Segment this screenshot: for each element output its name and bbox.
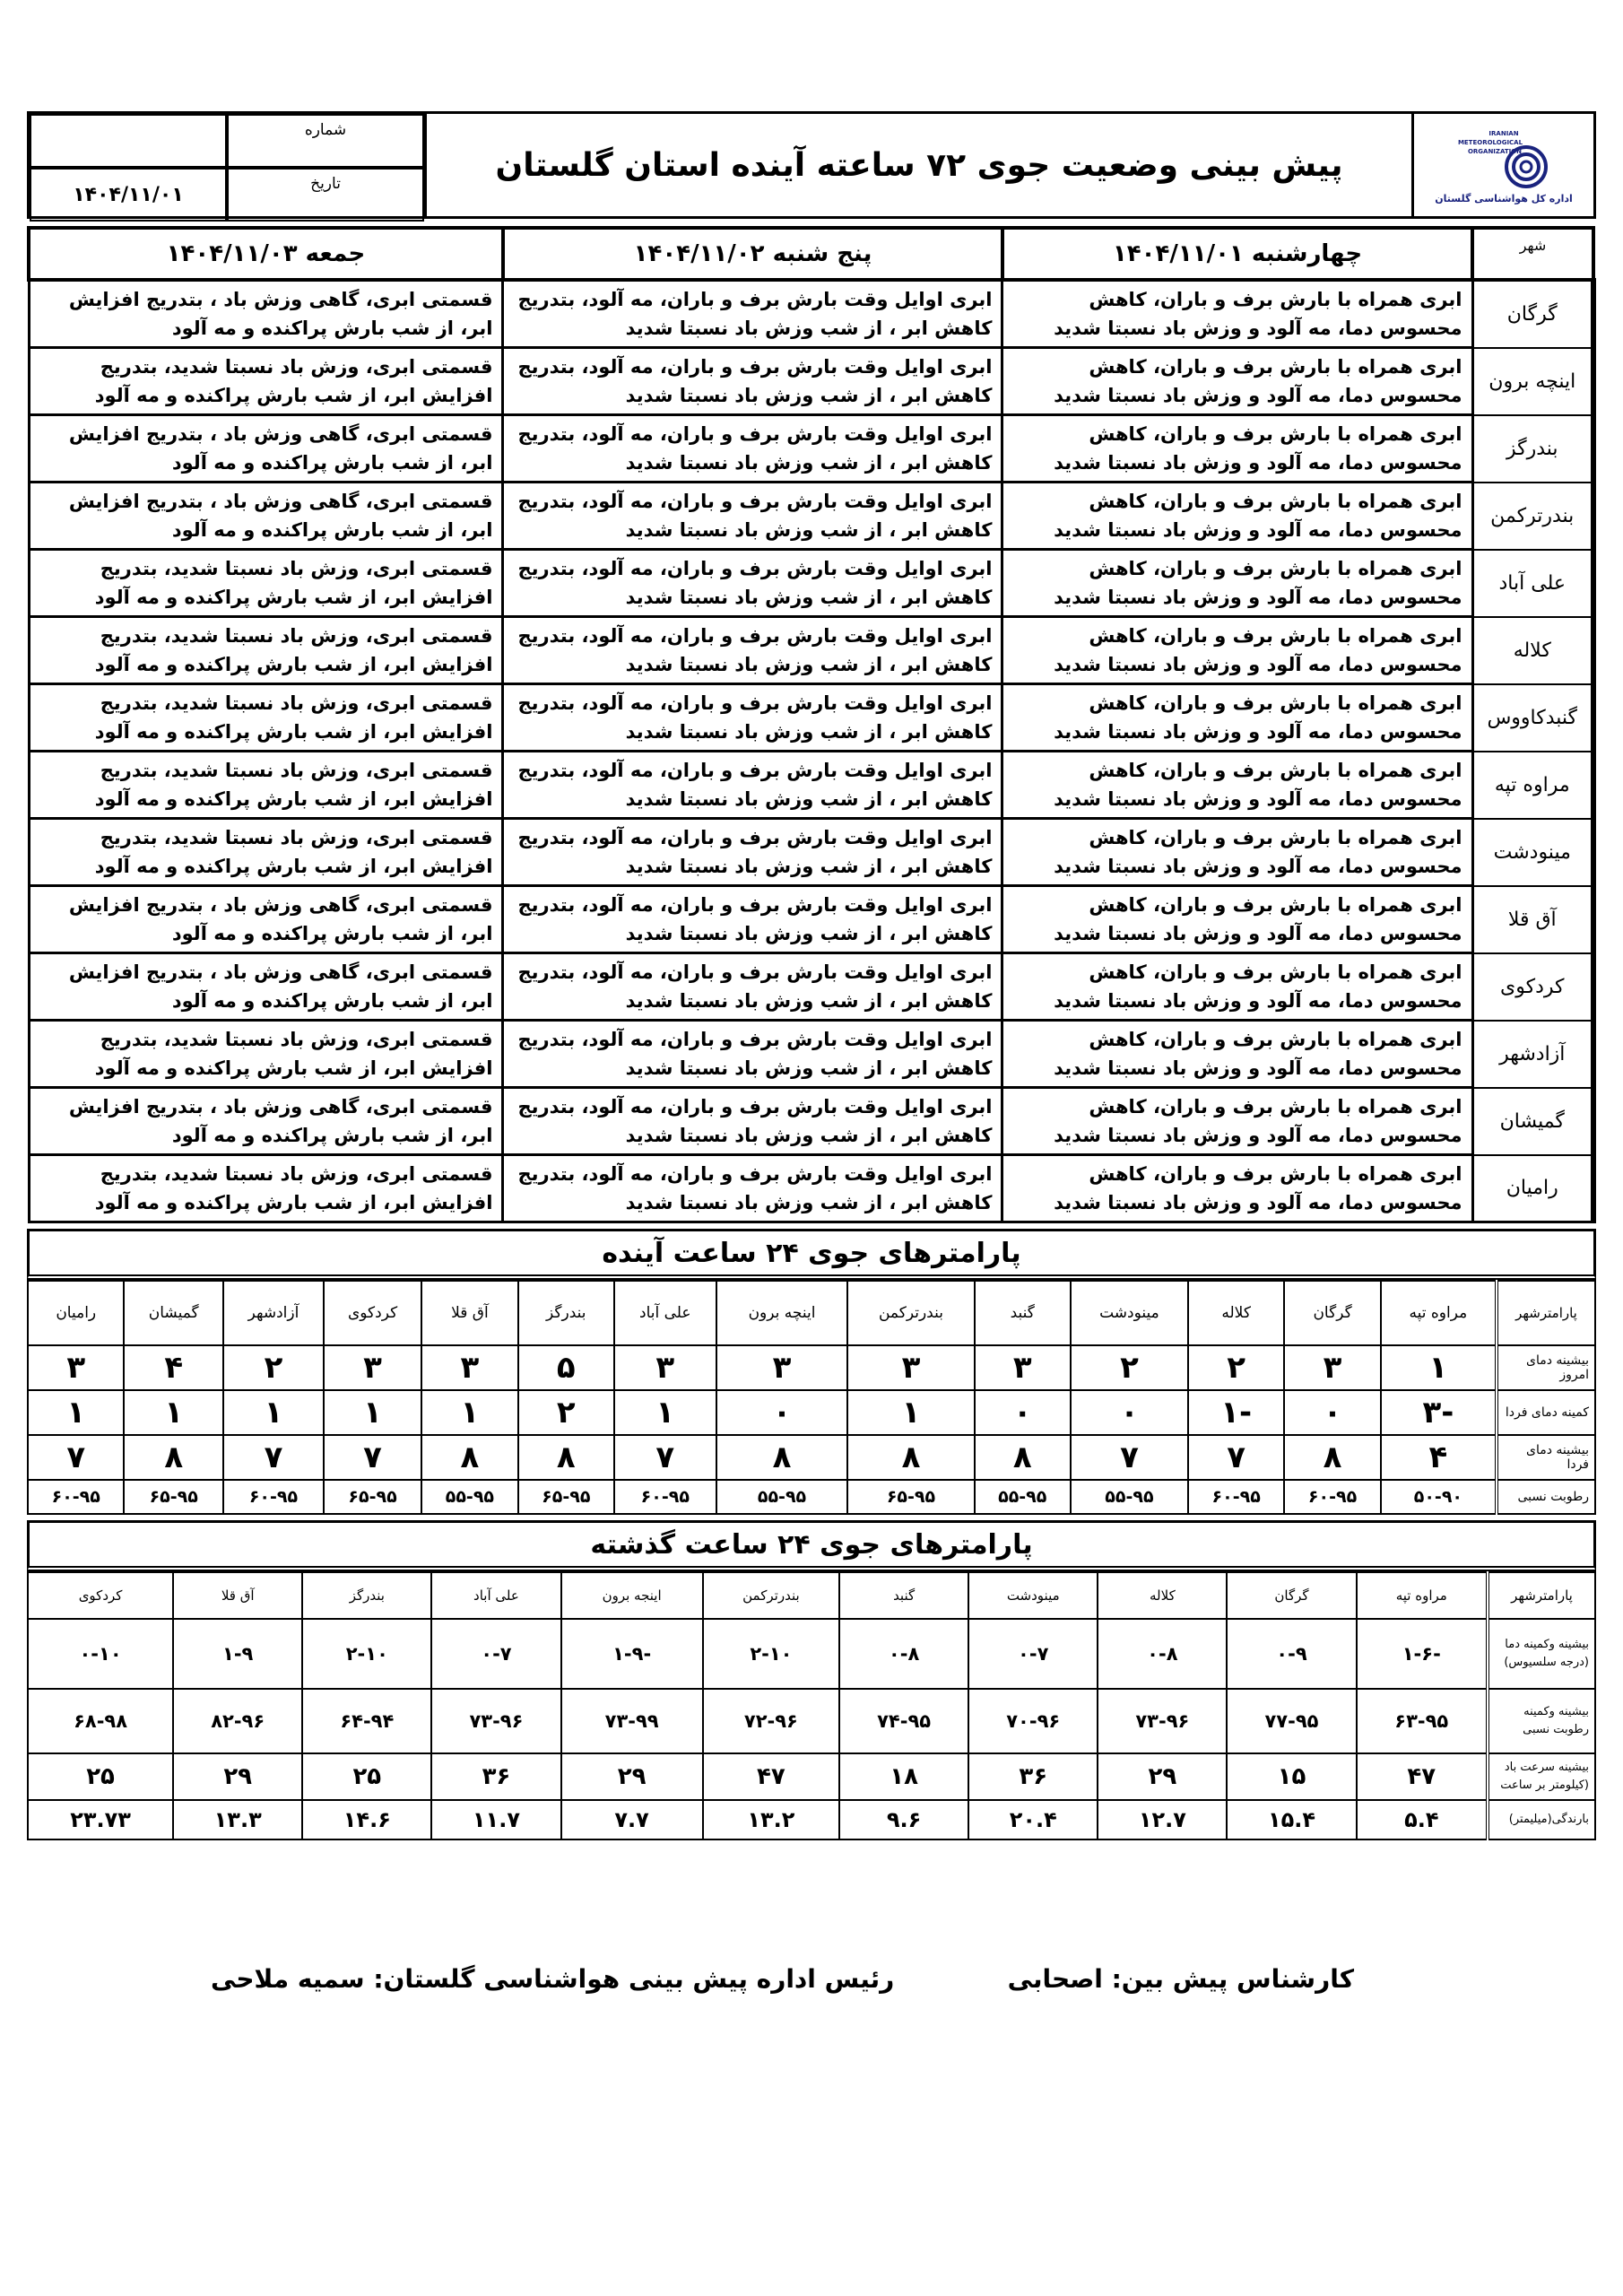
param-value: ۸: [716, 1435, 848, 1480]
past24-city-header: گرگان: [1227, 1572, 1356, 1619]
forecast-day2-text: ابری اوایل وقت بارش برف و باران، مه آلود…: [503, 1021, 1002, 1088]
param-value: ۸: [421, 1435, 517, 1480]
param-value: ۴: [124, 1345, 222, 1390]
forecast-day2-text: ابری اوایل وقت بارش برف و باران، مه آلود…: [503, 886, 1002, 953]
next24-header-row: پارامترشهر مراوه تپهگرگانکلالهمینودشتگنب…: [28, 1281, 1595, 1345]
forecast-day1-text: ابری همراه با بارش برف و باران، کاهش محس…: [1002, 684, 1472, 752]
forecast-day1-text: ابری همراه با بارش برف و باران، کاهش محس…: [1002, 550, 1472, 617]
param-value: ۳: [847, 1345, 974, 1390]
date-value: ۱۴۰۴/۱۱/۰۱: [30, 168, 227, 222]
forecast-row: اینچه برونابری همراه با بارش برف و باران…: [29, 348, 1593, 415]
param-value: ۶۳-۹۵: [1357, 1689, 1488, 1753]
past24-section: پارامترهای جوی ۲۴ ساعت گذشته پارامترشهر …: [27, 1520, 1596, 1840]
param-value: ۱: [847, 1390, 974, 1435]
param-value: ۰-۸: [1098, 1619, 1227, 1689]
param-value: ۰-۱۰: [28, 1619, 173, 1689]
param-value: ۸: [1284, 1435, 1380, 1480]
city-name: مراوه تپه: [1472, 752, 1593, 819]
forecast-day3-text: قسمتی ابری، وزش باد نسبتا شدید، بتدریج ا…: [29, 819, 503, 886]
city-name: علی آباد: [1472, 550, 1593, 617]
param-value: ۱۵.۴: [1227, 1800, 1356, 1839]
svg-text:METEOROLOGICAL: METEOROLOGICAL: [1458, 139, 1523, 146]
forecast-day2-text: ابری اوایل وقت بارش برف و باران، مه آلود…: [503, 550, 1002, 617]
next24-city-header: اینچه برون: [716, 1281, 848, 1345]
param-value: ۲۵: [28, 1753, 173, 1800]
param-value: ۳: [1284, 1345, 1380, 1390]
past24-city-header: کلاله: [1098, 1572, 1227, 1619]
page-title: پیش بینی وضعیت جوی ۷۲ ساعته آینده استان …: [424, 114, 1411, 216]
param-value: ۸: [847, 1435, 974, 1480]
number-label: شماره: [227, 114, 424, 168]
param-value: ۱۴.۶: [302, 1800, 431, 1839]
param-value: ۱: [223, 1390, 324, 1435]
forecast-row: بندرگزابری همراه با بارش برف و باران، کا…: [29, 415, 1593, 483]
city-name: گمیشان: [1472, 1088, 1593, 1155]
past24-city-header: اینجه برون: [561, 1572, 703, 1619]
param-value: ۶۰-۹۵: [223, 1480, 324, 1514]
param-value: ۶۰-۹۵: [614, 1480, 716, 1514]
next24-city-header: گنبد: [975, 1281, 1071, 1345]
head-signature: رئیس اداره پیش بینی هواشناسی گلستان: سمی…: [211, 1964, 894, 1994]
param-value: ۲: [223, 1345, 324, 1390]
param-value: ۸: [124, 1435, 222, 1480]
next24-city-header: آق قلا: [421, 1281, 517, 1345]
param-value: ۲: [1188, 1345, 1284, 1390]
forecast-day3-text: قسمتی ابری، گاهی وزش باد ، بتدریج افزایش…: [29, 483, 503, 550]
param-value: ۲۹: [1098, 1753, 1227, 1800]
next24-table: پارامترشهر مراوه تپهگرگانکلالهمینودشتگنب…: [27, 1280, 1596, 1515]
next24-city-header: کردکوی: [324, 1281, 421, 1345]
param-value: ۲۰.۴: [968, 1800, 1098, 1839]
param-value: ۱۲.۷: [1098, 1800, 1227, 1839]
past24-row: بیشینه سرعت باد (کیلومتر بر ساعت۴۷۱۵۲۹۳۶…: [28, 1753, 1595, 1800]
param-value: ۰: [1284, 1390, 1380, 1435]
param-value: ۱: [1381, 1345, 1497, 1390]
param-value: ۷: [28, 1435, 124, 1480]
forecast-day1-text: ابری همراه با بارش برف و باران، کاهش محس…: [1002, 483, 1472, 550]
city-name: رامیان: [1472, 1155, 1593, 1222]
past24-row: بیشینه وکمینه رطوبت نسبی۶۳-۹۵۷۷-۹۵۷۳-۹۶۷…: [28, 1689, 1595, 1753]
forecast-day3-text: قسمتی ابری، وزش باد نسبتا شدید، بتدریج ا…: [29, 684, 503, 752]
param-value: ۳: [716, 1345, 848, 1390]
param-value: ۰: [975, 1390, 1071, 1435]
param-value: ۲۳.۷۳: [28, 1800, 173, 1839]
param-value: -۱-۶: [1357, 1619, 1488, 1689]
param-value: ۲۵: [302, 1753, 431, 1800]
param-value: ۷۰-۹۶: [968, 1689, 1098, 1753]
next24-city-header: گمیشان: [124, 1281, 222, 1345]
forecast-day1-text: ابری همراه با بارش برف و باران، کاهش محس…: [1002, 752, 1472, 819]
parameter-label: رطوبت نسبی: [1497, 1480, 1595, 1514]
param-value: ۳: [975, 1345, 1071, 1390]
forecast-day2-text: ابری اوایل وقت بارش برف و باران، مه آلود…: [503, 953, 1002, 1021]
next24-city-header: علی آباد: [614, 1281, 716, 1345]
past24-title: پارامترهای جوی ۲۴ ساعت گذشته: [27, 1520, 1596, 1571]
param-value: ۶۰-۹۵: [28, 1480, 124, 1514]
param-value: ۰: [716, 1390, 848, 1435]
signatures: کارشناس پیش بین: اصحابی رئیس اداره پیش ب…: [0, 1964, 1623, 2009]
forecaster-signature: کارشناس پیش بین: اصحابی: [1008, 1964, 1354, 1994]
parameter-label: بیشینه دمای فردا: [1497, 1435, 1595, 1480]
param-value: ۶۵-۹۵: [847, 1480, 974, 1514]
forecast-day1-text: ابری همراه با بارش برف و باران، کاهش محس…: [1002, 415, 1472, 483]
forecast-day3-text: قسمتی ابری، وزش باد نسبتا شدید، بتدریج ا…: [29, 752, 503, 819]
next24-section: پارامترهای جوی ۲۴ ساعت آینده پارامترشهر …: [27, 1229, 1596, 1515]
forecast-row: گرگانابری همراه با بارش برف و باران، کاه…: [29, 280, 1593, 348]
param-value: ۴۷: [703, 1753, 839, 1800]
past24-city-header: گنبد: [839, 1572, 968, 1619]
forecast-row: کردکویابری همراه با بارش برف و باران، کا…: [29, 953, 1593, 1021]
past24-row: بارندگی(میلیمتر)۵.۴۱۵.۴۱۲.۷۲۰.۴۹.۶۱۳.۲۷.…: [28, 1800, 1595, 1839]
forecast-day1-text: ابری همراه با بارش برف و باران، کاهش محس…: [1002, 1021, 1472, 1088]
past24-corner: پارامترشهر: [1488, 1572, 1595, 1619]
param-value: ۷۳-۹۹: [561, 1689, 703, 1753]
day-header-2: پنج شنبه ۱۴۰۴/۱۱/۰۲: [503, 228, 1002, 280]
param-value: ۰-۹: [1227, 1619, 1356, 1689]
forecast-row: آزادشهرابری همراه با بارش برف و باران، ک…: [29, 1021, 1593, 1088]
param-value: ۰-۸: [839, 1619, 968, 1689]
past24-city-header: بندرترکمن: [703, 1572, 839, 1619]
forecast-row: رامیانابری همراه با بارش برف و باران، کا…: [29, 1155, 1593, 1222]
param-value: ۱: [28, 1390, 124, 1435]
forecast-day3-text: قسمتی ابری، وزش باد نسبتا شدید، بتدریج ا…: [29, 1021, 503, 1088]
next24-row: بیشینه دمای فردا۴۸۷۷۸۸۸۷۸۸۷۷۸۷: [28, 1435, 1595, 1480]
next24-city-header: مینودشت: [1071, 1281, 1188, 1345]
forecast-day3-text: قسمتی ابری، گاهی وزش باد ، بتدریج افزایش…: [29, 280, 503, 348]
forecast-day1-text: ابری همراه با بارش برف و باران، کاهش محس…: [1002, 819, 1472, 886]
param-value: ۳: [324, 1345, 421, 1390]
param-value: ۷: [614, 1435, 716, 1480]
param-value: ۲-۱۰: [302, 1619, 431, 1689]
forecast-day3-text: قسمتی ابری، گاهی وزش باد ، بتدریج افزایش…: [29, 953, 503, 1021]
param-value: ۷۷-۹۵: [1227, 1689, 1356, 1753]
forecast-day2-text: ابری اوایل وقت بارش برف و باران، مه آلود…: [503, 415, 1002, 483]
param-value: ۱۳.۲: [703, 1800, 839, 1839]
param-value: ۸: [518, 1435, 614, 1480]
forecast-day3-text: قسمتی ابری، وزش باد نسبتا شدید، بتدریج ا…: [29, 348, 503, 415]
parameter-label: کمینه دمای فردا: [1497, 1390, 1595, 1435]
city-name: گنبدکاووس: [1472, 684, 1593, 752]
city-name: مینودشت: [1472, 819, 1593, 886]
param-value: ۷.۷: [561, 1800, 703, 1839]
param-value: ۷۳-۹۶: [431, 1689, 560, 1753]
meteorological-organization-logo-icon: IRANIAN METEOROLOGICAL ORGANIZATION: [1454, 126, 1553, 189]
number-value: [30, 114, 227, 168]
param-value: ۵۵-۹۵: [1071, 1480, 1188, 1514]
past24-city-header: علی آباد: [431, 1572, 560, 1619]
param-value: ۱: [324, 1390, 421, 1435]
past24-header-row: پارامترشهر مراوه تپهگرگانکلالهمینودشتگنب…: [28, 1572, 1595, 1619]
forecast-day3-text: قسمتی ابری، وزش باد نسبتا شدید، بتدریج ا…: [29, 1155, 503, 1222]
next24-corner: پارامترشهر: [1497, 1281, 1595, 1345]
param-value: ۵۵-۹۵: [975, 1480, 1071, 1514]
param-value: ۴: [1381, 1435, 1497, 1480]
city-name: اینچه برون: [1472, 348, 1593, 415]
next24-city-header: آزادشهر: [223, 1281, 324, 1345]
param-value: ۶۵-۹۵: [324, 1480, 421, 1514]
forecast-day2-text: ابری اوایل وقت بارش برف و باران، مه آلود…: [503, 280, 1002, 348]
forecast-day1-text: ابری همراه با بارش برف و باران، کاهش محس…: [1002, 886, 1472, 953]
param-value: ۱-۹: [173, 1619, 302, 1689]
next24-city-header: بندرگز: [518, 1281, 614, 1345]
param-value: ۷: [1071, 1435, 1188, 1480]
logo-org-name: اداره کل هواشناسی گلستان: [1435, 193, 1572, 204]
forecast-day3-text: قسمتی ابری، گاهی وزش باد ، بتدریج افزایش…: [29, 415, 503, 483]
param-value: ۳: [421, 1345, 517, 1390]
param-value: ۷: [324, 1435, 421, 1480]
city-name: گرگان: [1472, 280, 1593, 348]
param-value: ۸: [975, 1435, 1071, 1480]
document-header: IRANIAN METEOROLOGICAL ORGANIZATION ادار…: [27, 111, 1596, 219]
forecast-day2-text: ابری اوایل وقت بارش برف و باران، مه آلود…: [503, 1088, 1002, 1155]
param-value: ۶۰-۹۵: [1188, 1480, 1284, 1514]
forecast-row: علی آبادابری همراه با بارش برف و باران، …: [29, 550, 1593, 617]
param-value: ۶۵-۹۵: [518, 1480, 614, 1514]
past24-city-header: آق قلا: [173, 1572, 302, 1619]
date-label: تاریخ: [227, 168, 424, 222]
parameter-label: بیشینه سرعت باد (کیلومتر بر ساعت: [1488, 1753, 1595, 1800]
forecast-day2-text: ابری اوایل وقت بارش برف و باران، مه آلود…: [503, 617, 1002, 684]
forecast-row: مینودشتابری همراه با بارش برف و باران، ک…: [29, 819, 1593, 886]
forecast-day3-text: قسمتی ابری، گاهی وزش باد ، بتدریج افزایش…: [29, 1088, 503, 1155]
parameter-label: بیشینه دمای امروز: [1497, 1345, 1595, 1390]
param-value: ۵۵-۹۵: [421, 1480, 517, 1514]
day-header-1: چهارشنبه ۱۴۰۴/۱۱/۰۱: [1002, 228, 1472, 280]
param-value: ۹.۶: [839, 1800, 968, 1839]
param-value: ۱۳.۳: [173, 1800, 302, 1839]
forecast-row: گنبدکاووسابری همراه با بارش برف و باران،…: [29, 684, 1593, 752]
past24-city-header: کردکوی: [28, 1572, 173, 1619]
city-name: آق قلا: [1472, 886, 1593, 953]
forecast-day1-text: ابری همراه با بارش برف و باران، کاهش محس…: [1002, 348, 1472, 415]
past24-row: بیشینه وکمینه دما (درجه سلسیوس)-۱-۶۰-۹۰-…: [28, 1619, 1595, 1689]
next24-title: پارامترهای جوی ۲۴ ساعت آینده: [27, 1229, 1596, 1280]
param-value: ۱۱.۷: [431, 1800, 560, 1839]
param-value: ۶۴-۹۴: [302, 1689, 431, 1753]
param-value: ۷: [1188, 1435, 1284, 1480]
parameter-label: بیشینه وکمینه دما (درجه سلسیوس): [1488, 1619, 1595, 1689]
param-value: ۳۶: [431, 1753, 560, 1800]
param-value: ۷۳-۹۶: [1098, 1689, 1227, 1753]
param-value: ۵۰-۹۰: [1381, 1480, 1497, 1514]
city-column-header: شهر: [1472, 228, 1593, 280]
param-value: ۷: [223, 1435, 324, 1480]
param-value: ۰: [1071, 1390, 1188, 1435]
next24-row: بیشینه دمای امروز۱۳۲۲۳۳۳۳۵۳۳۲۴۳: [28, 1345, 1595, 1390]
city-name: بندرگز: [1472, 415, 1593, 483]
param-value: ۲-۱۰: [703, 1619, 839, 1689]
logo: IRANIAN METEOROLOGICAL ORGANIZATION ادار…: [1411, 114, 1593, 216]
param-value: ۱: [124, 1390, 222, 1435]
forecast-table: شهر چهارشنبه ۱۴۰۴/۱۱/۰۱ پنج شنبه ۱۴۰۴/۱۱…: [27, 226, 1596, 1223]
city-name: کلاله: [1472, 617, 1593, 684]
day-header-3: جمعه ۱۴۰۴/۱۱/۰۳: [29, 228, 503, 280]
forecast-row: مراوه تپهابری همراه با بارش برف و باران،…: [29, 752, 1593, 819]
param-value: ۳: [28, 1345, 124, 1390]
city-name: آزادشهر: [1472, 1021, 1593, 1088]
param-value: ۲: [518, 1390, 614, 1435]
parameter-label: بیشینه وکمینه رطوبت نسبی: [1488, 1689, 1595, 1753]
next24-city-header: مراوه تپه: [1381, 1281, 1497, 1345]
param-value: ۶۰-۹۵: [1284, 1480, 1380, 1514]
param-value: ۵: [518, 1345, 614, 1390]
forecast-day2-text: ابری اوایل وقت بارش برف و باران، مه آلود…: [503, 348, 1002, 415]
param-value: ۷۲-۹۶: [703, 1689, 839, 1753]
forecast-day1-text: ابری همراه با بارش برف و باران، کاهش محس…: [1002, 1155, 1472, 1222]
param-value: ۵۵-۹۵: [716, 1480, 848, 1514]
param-value: ۵.۴: [1357, 1800, 1488, 1839]
param-value: ۳: [614, 1345, 716, 1390]
forecast-day3-text: قسمتی ابری، وزش باد نسبتا شدید، بتدریج ا…: [29, 617, 503, 684]
forecast-row: آق قلاابری همراه با بارش برف و باران، کا…: [29, 886, 1593, 953]
param-value: ۲: [1071, 1345, 1188, 1390]
forecast-row: بندرترکمنابری همراه با بارش برف و باران،…: [29, 483, 1593, 550]
param-value: -۱-۹: [561, 1619, 703, 1689]
param-value: ۲۹: [561, 1753, 703, 1800]
forecast-day2-text: ابری اوایل وقت بارش برف و باران، مه آلود…: [503, 684, 1002, 752]
city-name: کردکوی: [1472, 953, 1593, 1021]
param-value: ۲۹: [173, 1753, 302, 1800]
next24-city-header: بندرترکمن: [847, 1281, 974, 1345]
city-name: بندرترکمن: [1472, 483, 1593, 550]
param-value: -۳: [1381, 1390, 1497, 1435]
forecast-day1-text: ابری همراه با بارش برف و باران، کاهش محس…: [1002, 1088, 1472, 1155]
param-value: ۰-۷: [968, 1619, 1098, 1689]
param-value: ۱: [421, 1390, 517, 1435]
param-value: ۴۷: [1357, 1753, 1488, 1800]
next24-city-header: کلاله: [1188, 1281, 1284, 1345]
svg-text:IRANIAN: IRANIAN: [1488, 130, 1518, 137]
forecast-day3-text: قسمتی ابری، وزش باد نسبتا شدید، بتدریج ا…: [29, 550, 503, 617]
forecast-day1-text: ابری همراه با بارش برف و باران، کاهش محس…: [1002, 280, 1472, 348]
next24-row: کمینه دمای فردا-۳۰-۱۰۰۱۰۱۲۱۱۱۱۱: [28, 1390, 1595, 1435]
param-value: ۱۵: [1227, 1753, 1356, 1800]
past24-city-header: مراوه تپه: [1357, 1572, 1488, 1619]
param-value: -۱: [1188, 1390, 1284, 1435]
past24-city-header: بندرگز: [302, 1572, 431, 1619]
param-value: ۶۵-۹۵: [124, 1480, 222, 1514]
forecast-row: کلالهابری همراه با بارش برف و باران، کاه…: [29, 617, 1593, 684]
parameter-label: بارندگی(میلیمتر): [1488, 1800, 1595, 1839]
forecast-header-row: شهر چهارشنبه ۱۴۰۴/۱۱/۰۱ پنج شنبه ۱۴۰۴/۱۱…: [29, 228, 1593, 280]
forecast-row: گمیشانابری همراه با بارش برف و باران، کا…: [29, 1088, 1593, 1155]
param-value: ۰-۷: [431, 1619, 560, 1689]
forecast-day2-text: ابری اوایل وقت بارش برف و باران، مه آلود…: [503, 752, 1002, 819]
forecast-document: IRANIAN METEOROLOGICAL ORGANIZATION ادار…: [27, 111, 1596, 1840]
document-meta: شماره تاریخ ۱۴۰۴/۱۱/۰۱: [30, 114, 424, 216]
forecast-day1-text: ابری همراه با بارش برف و باران، کاهش محس…: [1002, 953, 1472, 1021]
param-value: ۶۸-۹۸: [28, 1689, 173, 1753]
forecast-day2-text: ابری اوایل وقت بارش برف و باران، مه آلود…: [503, 1155, 1002, 1222]
param-value: ۱: [614, 1390, 716, 1435]
next24-city-header: رامیان: [28, 1281, 124, 1345]
param-value: ۳۶: [968, 1753, 1098, 1800]
next24-city-header: گرگان: [1284, 1281, 1380, 1345]
forecast-day3-text: قسمتی ابری، گاهی وزش باد ، بتدریج افزایش…: [29, 886, 503, 953]
forecast-day2-text: ابری اوایل وقت بارش برف و باران، مه آلود…: [503, 483, 1002, 550]
past24-city-header: مینودشت: [968, 1572, 1098, 1619]
param-value: ۸۲-۹۶: [173, 1689, 302, 1753]
past24-table: پارامترشهر مراوه تپهگرگانکلالهمینودشتگنب…: [27, 1571, 1596, 1840]
next24-row: رطوبت نسبی۵۰-۹۰۶۰-۹۵۶۰-۹۵۵۵-۹۵۵۵-۹۵۶۵-۹۵…: [28, 1480, 1595, 1514]
forecast-day2-text: ابری اوایل وقت بارش برف و باران، مه آلود…: [503, 819, 1002, 886]
param-value: ۷۴-۹۵: [839, 1689, 968, 1753]
forecast-day1-text: ابری همراه با بارش برف و باران، کاهش محس…: [1002, 617, 1472, 684]
param-value: ۱۸: [839, 1753, 968, 1800]
